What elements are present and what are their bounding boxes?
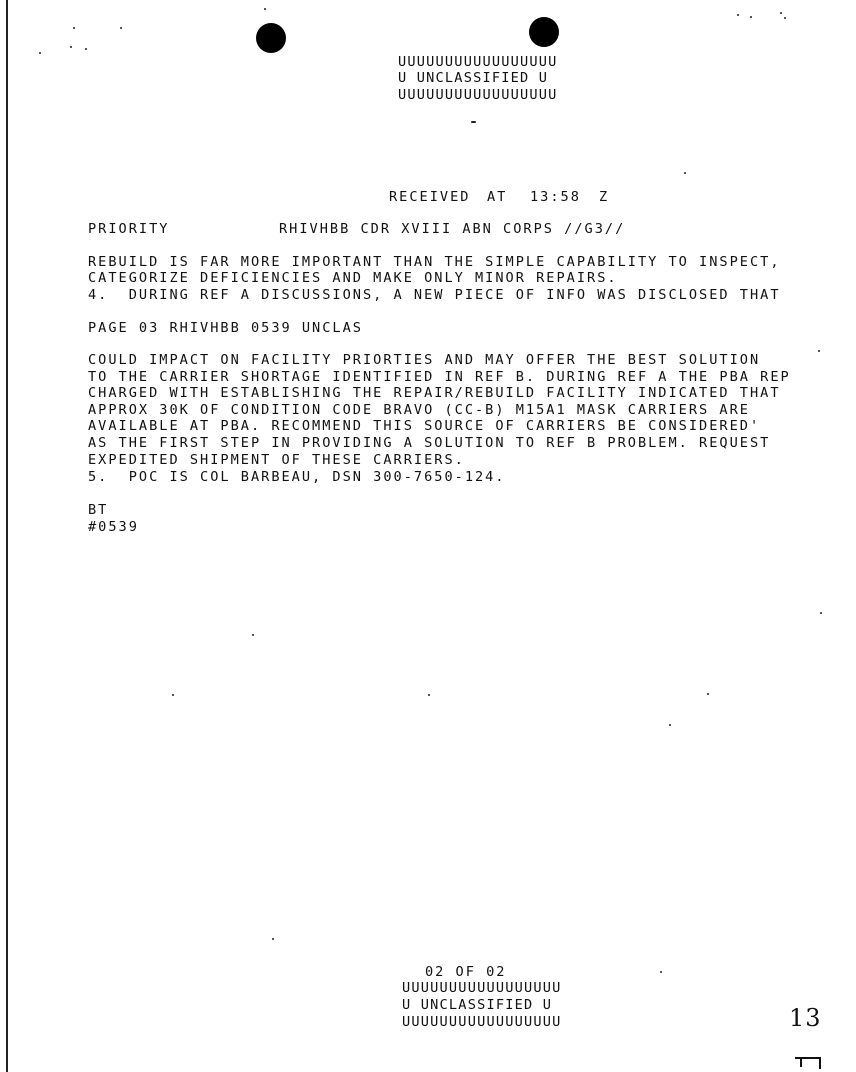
scan-speck [780,12,782,14]
body-line: AVAILABLE AT PBA. RECOMMEND THIS SOURCE … [88,418,760,434]
punch-hole-left [256,23,286,53]
scan-speck [818,350,820,352]
body-line: COULD IMPACT ON FACILITY PRIORTIES AND M… [88,352,760,368]
scan-speck [252,634,254,636]
received-zone: Z [599,189,609,205]
scan-speck [669,724,671,726]
originator: RHIVHBB CDR XVIII ABN CORPS //G3// [279,221,625,237]
received-at: AT [487,189,507,205]
scanned-message-page: UUUUUUUUUUUUUUUUU U UNCLASSIFIED U UUUUU… [0,0,856,1072]
message-number: #0539 [88,519,139,535]
page-header: PAGE 03 RHIVHBB 0539 UNCLAS [88,320,363,336]
stamped-page-number: 13 [789,1004,822,1032]
scan-speck [264,8,266,10]
classification-label: U UNCLASSIFIED U [398,70,548,86]
body-line: TO THE CARRIER SHORTAGE IDENTIFIED IN RE… [88,369,791,385]
page-count: 02 OF 02 [425,964,506,980]
scan-speck [39,52,41,54]
scan-speck [737,14,739,16]
scan-speck [684,172,686,174]
scan-speck [820,612,822,614]
scan-speck [73,27,75,29]
precedence: PRIORITY [88,221,169,237]
received-time: 13:58 [530,189,581,205]
classification-label: U UNCLASSIFIED U [402,997,552,1013]
body-line: CATEGORIZE DEFICIENCIES AND MAKE ONLY MI… [88,270,618,286]
body-line: 5. POC IS COL BARBEAU, DSN 300-7650-124. [88,469,506,485]
body-line: APPROX 30K OF CONDITION CODE BRAVO (CC-B… [88,402,750,418]
scan-speck [750,16,752,18]
scan-speck [471,121,476,123]
scan-speck [272,938,274,940]
banner-top-rule: UUUUUUUUUUUUUUUUU [402,980,562,996]
body-line: AS THE FIRST STEP IN PROVIDING A SOLUTIO… [88,435,770,451]
punch-hole-right [529,17,559,47]
page-left-edge [6,0,8,1072]
banner-bottom-rule: UUUUUUUUUUUUUUUUU [398,87,558,103]
body-line: CHARGED WITH ESTABLISHING THE REPAIR/REB… [88,385,781,401]
body-line: EXPEDITED SHIPMENT OF THESE CARRIERS. [88,452,465,468]
corner-registration-mark [795,1057,821,1069]
scan-speck [784,17,786,19]
scan-speck [660,971,662,973]
scan-speck [172,694,174,696]
scan-speck [707,693,709,695]
received-label: RECEIVED [389,189,470,205]
scan-speck [428,694,430,696]
body-line: REBUILD IS FAR MORE IMPORTANT THAN THE S… [88,254,781,270]
banner-top-rule: UUUUUUUUUUUUUUUUU [398,54,558,70]
scan-speck [85,48,87,50]
scan-speck [70,46,72,48]
banner-bottom-rule: UUUUUUUUUUUUUUUUU [402,1014,562,1030]
break-marker: BT [88,502,108,518]
scan-speck [120,27,122,29]
body-line: 4. DURING REF A DISCUSSIONS, A NEW PIECE… [88,287,781,303]
